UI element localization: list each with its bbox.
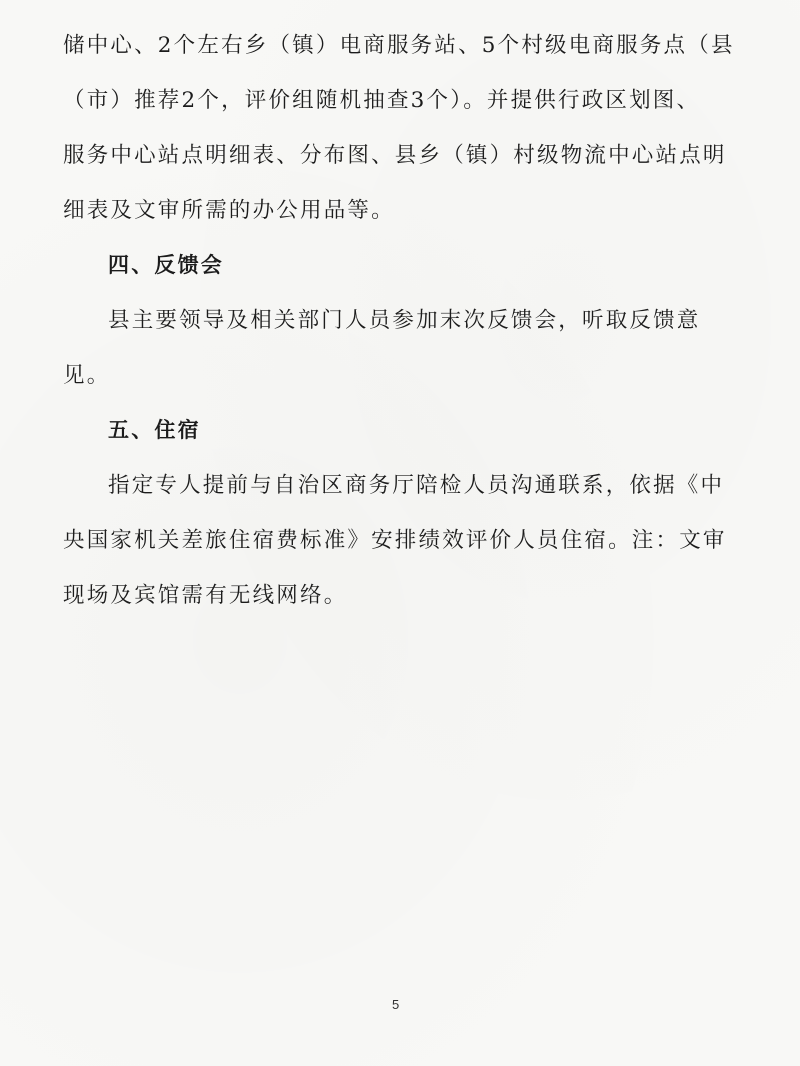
paragraph-line: （市）推荐2个，评价组随机抽查3个）。并提供行政区划图、 — [63, 73, 747, 128]
paragraph-line: 现场及宾馆需有无线网络。 — [63, 568, 747, 623]
section-heading-feedback-meeting: 四、反馈会 — [63, 238, 747, 293]
document-body: 储中心、2个左右乡（镇）电商服务站、5个村级电商服务点（县 （市）推荐2个，评价… — [63, 18, 747, 623]
paragraph-line: 县主要领导及相关部门人员参加末次反馈会，听取反馈意 — [63, 293, 747, 348]
paragraph-line: 储中心、2个左右乡（镇）电商服务站、5个村级电商服务点（县 — [63, 18, 747, 73]
page-number: 5 — [392, 997, 399, 1012]
paragraph-line: 指定专人提前与自治区商务厅陪检人员沟通联系，依据《中 — [63, 458, 747, 513]
paragraph-line: 服务中心站点明细表、分布图、县乡（镇）村级物流中心站点明 — [63, 128, 747, 183]
paragraph-line: 见。 — [63, 348, 747, 403]
document-page: 储中心、2个左右乡（镇）电商服务站、5个村级电商服务点（县 （市）推荐2个，评价… — [0, 0, 800, 1066]
section-heading-accommodation: 五、住宿 — [63, 403, 747, 458]
paragraph-line: 细表及文审所需的办公用品等。 — [63, 183, 747, 238]
paragraph-line: 央国家机关差旅住宿费标准》安排绩效评价人员住宿。注：文审 — [63, 513, 747, 568]
